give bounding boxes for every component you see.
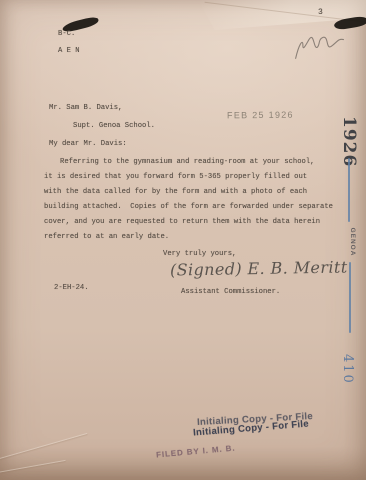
body-line: building attached. Copies of the form ar… — [44, 202, 344, 217]
letter-body: Referring to the gymnasium and reading-r… — [44, 157, 344, 247]
filed-by-stamp: FILED BY I. M. B. — [156, 444, 236, 460]
margin-school-annotation: GENOA — [347, 227, 357, 257]
margin-year-annotation: 1926 — [339, 116, 359, 156]
typist-initials: A E N — [58, 46, 80, 56]
recipient-title: Supt. Genoa School. — [73, 121, 155, 131]
salutation: My dear Mr. Davis: — [49, 139, 127, 149]
body-line: referred to at an early date. — [44, 232, 344, 247]
received-date-stamp: FEB 25 1926 — [227, 110, 294, 121]
paper-wrinkle — [0, 460, 66, 473]
letter-page: 3 B-C. A E N FEB 25 1926 Mr. Sam B. Davi… — [0, 0, 366, 480]
routing-code: B-C. — [58, 29, 75, 39]
paper-wrinkle — [0, 433, 87, 460]
body-line: it is desired that you forward form 5-36… — [44, 172, 344, 187]
reference-code: 2-EH-24. — [54, 283, 89, 293]
closing-line: Very truly yours, — [163, 249, 236, 259]
margin-rule-lower — [349, 262, 351, 333]
body-line: with the data called for by the form and… — [44, 187, 344, 202]
margin-rule-upper — [348, 158, 350, 222]
recipient-name: Mr. Sam B. Davis, — [49, 103, 122, 113]
pencil-initials-scribble — [288, 26, 350, 64]
signer-title: Assistant Commissioner. — [181, 287, 280, 297]
signature-stamp: (Signed) E. B. Meritt — [170, 257, 348, 279]
page-number: 3 — [318, 8, 323, 18]
body-line: Referring to the gymnasium and reading-r… — [44, 157, 344, 172]
margin-file-number: 410 — [339, 354, 355, 384]
body-line: cover, and you are requested to return t… — [44, 217, 344, 232]
